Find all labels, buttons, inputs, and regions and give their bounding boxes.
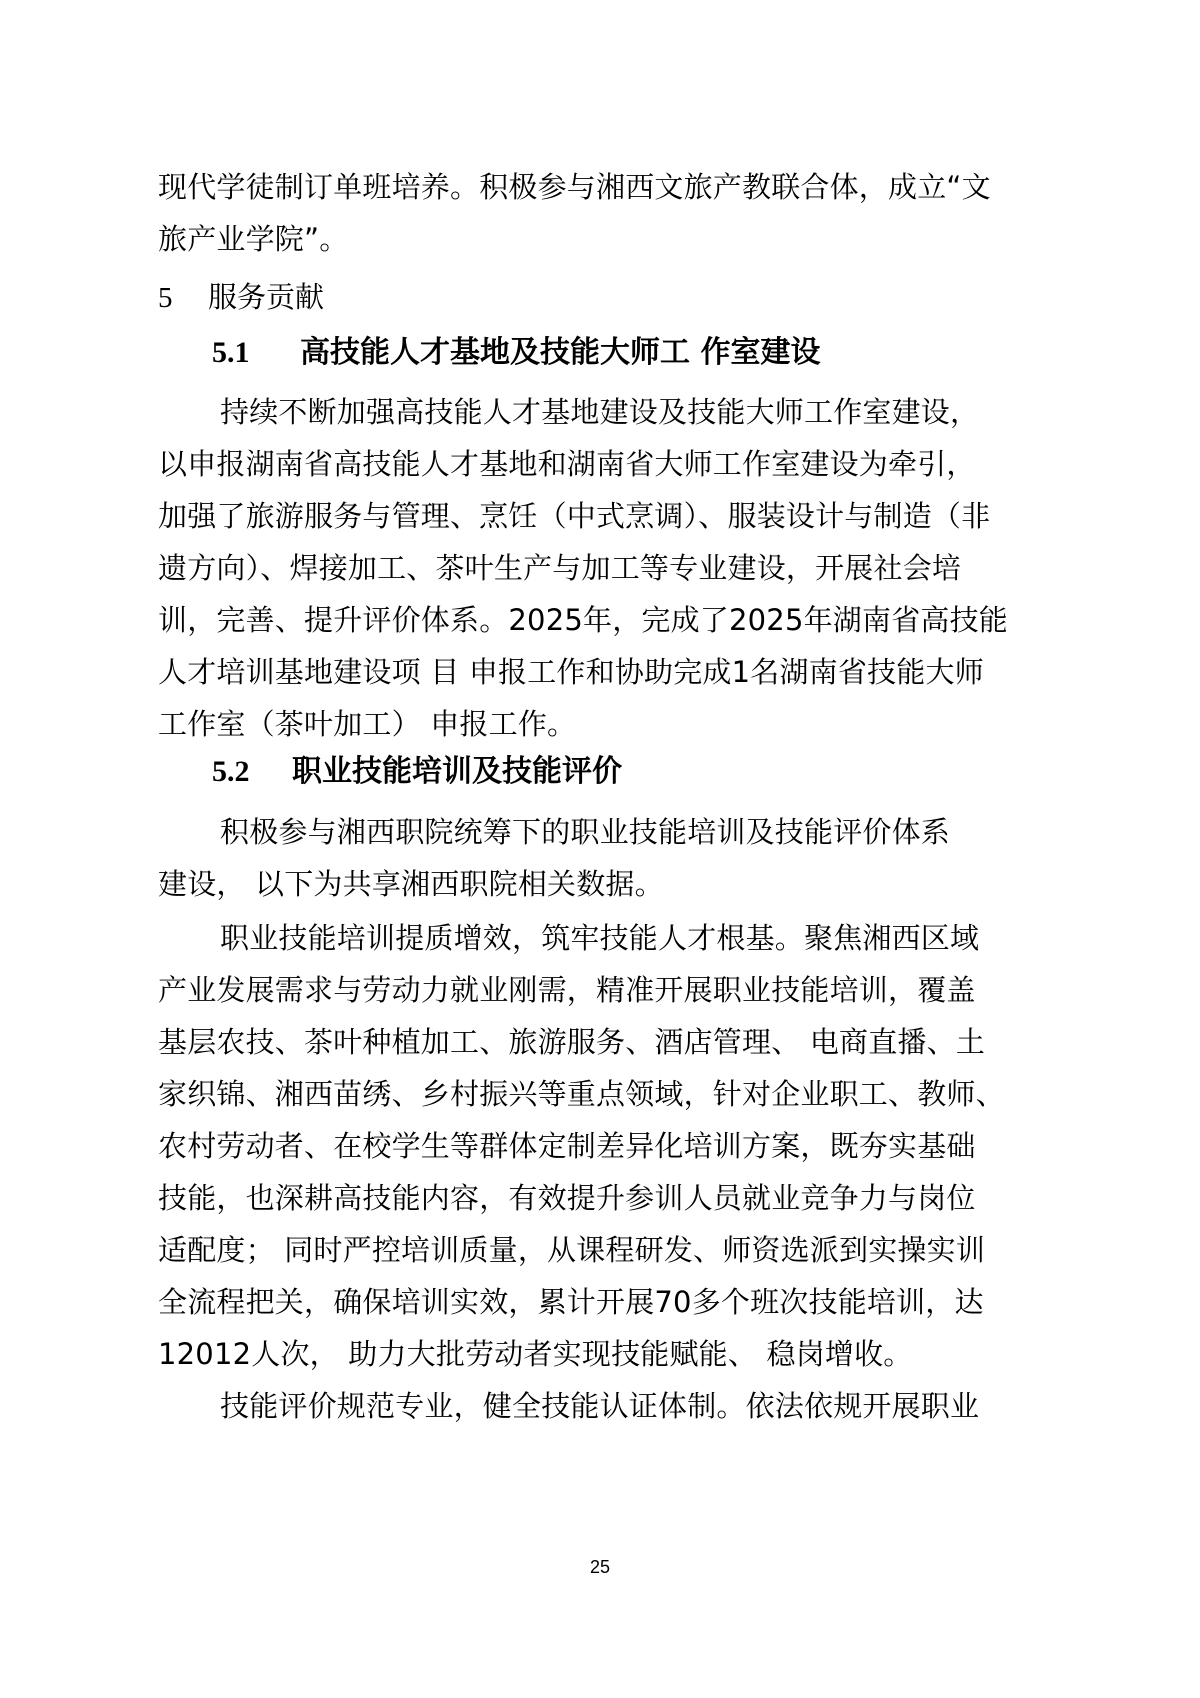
paragraph-line: 建设， 以下为共享湘西职院相关数据。 bbox=[158, 864, 664, 904]
paragraph-line: 积极参与湘西职院统筹下的职业技能培训及技能评价体系 bbox=[220, 812, 950, 852]
paragraph-line: 工作室（茶叶加工） 申报工作。 bbox=[158, 704, 576, 744]
section-heading-5-2: 5.2职业技能培训及技能评价 bbox=[212, 752, 622, 792]
section-number: 5.2 bbox=[212, 752, 292, 792]
paragraph-line: 产业发展需求与劳动力就业刚需，精准开展职业技能培训，覆盖 bbox=[158, 970, 976, 1010]
paragraph-line: 持续不断加强高技能人才基地建设及技能大师工作室建设， bbox=[220, 392, 979, 432]
paragraph-line: 现代学徒制订单班培养。积极参与湘西文旅产教联合体，成立“文 bbox=[158, 167, 991, 207]
section-number: 5 bbox=[158, 278, 208, 318]
paragraph-line: 加强了旅游服务与管理、烹饪（中式烹调）、服装设计与制造（非 bbox=[158, 496, 990, 536]
paragraph-line: 基层农技、茶叶种植加工、旅游服务、酒店管理、 电商直播、土 bbox=[158, 1022, 985, 1062]
paragraph-line: 训，完善、提升评价体系。2025年，完成了2025年湖南省高技能 bbox=[158, 600, 1008, 640]
section-heading-5-1: 5.1高技能人才基地及技能大师工 作室建设 bbox=[212, 333, 820, 373]
paragraph-line: 技能评价规范专业，健全技能认证体制。依法依规开展职业 bbox=[220, 1386, 979, 1426]
section-heading-5: 5服务贡献 bbox=[158, 277, 324, 318]
paragraph-line: 旅产业学院”。 bbox=[158, 219, 348, 259]
paragraph-line: 遗方向）、焊接加工、茶叶生产与加工等专业建设，开展社会培 bbox=[158, 548, 961, 588]
page-number: 25 bbox=[0, 1556, 1200, 1578]
section-title: 服务贡献 bbox=[208, 280, 324, 314]
paragraph-line: 农村劳动者、在校学生等群体定制差异化培训方案，既夯实基础 bbox=[158, 1126, 976, 1166]
paragraph-line: 职业技能培训提质增效，筑牢技能人才根基。聚焦湘西区域 bbox=[220, 918, 979, 958]
paragraph-line: 技能，也深耕高技能内容，有效提升参训人员就业竞争力与岗位 bbox=[158, 1178, 976, 1218]
section-title: 职业技能培训及技能评价 bbox=[292, 754, 622, 789]
paragraph-line: 12012人次， 助力大批劳动者实现技能赋能、 稳岗增收。 bbox=[158, 1334, 913, 1374]
section-title: 高技能人才基地及技能大师工 作室建设 bbox=[300, 335, 820, 370]
document-page: 现代学徒制订单班培养。积极参与湘西文旅产教联合体，成立“文 旅产业学院”。 5服… bbox=[0, 0, 1200, 1698]
paragraph-line: 家织锦、湘西苗绣、乡村振兴等重点领域，针对企业职工、教师、 bbox=[158, 1074, 1005, 1114]
paragraph-line: 全流程把关，确保培训实效，累计开展70多个班次技能培训，达 bbox=[158, 1282, 984, 1322]
paragraph-line: 人才培训基地建设项 目 申报工作和协助完成1名湖南省技能大师 bbox=[158, 652, 984, 692]
section-number: 5.1 bbox=[212, 333, 300, 373]
paragraph-line: 以申报湖南省高技能人才基地和湖南省大师工作室建设为牵引， bbox=[158, 444, 976, 484]
paragraph-line: 适配度； 同时严控培训质量，从课程研发、师资选派到实操实训 bbox=[158, 1230, 985, 1270]
